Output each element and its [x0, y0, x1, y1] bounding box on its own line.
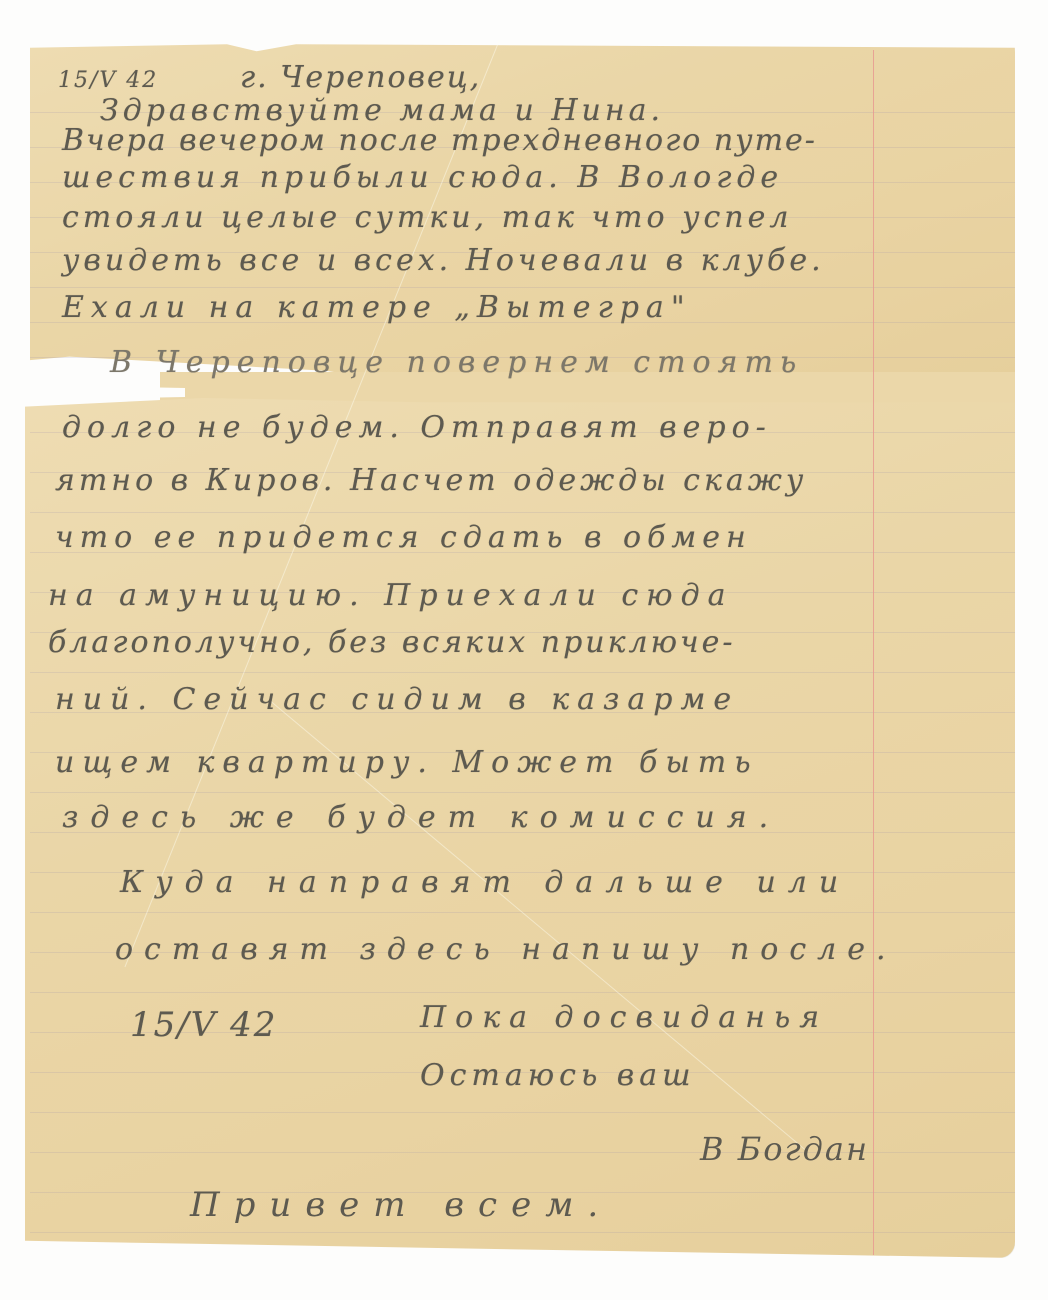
- ruled-line: [30, 1112, 1015, 1113]
- body-line: что ее придется сдать в обмен: [55, 520, 752, 555]
- closing-farewell: Пока досвиданья: [420, 1000, 828, 1035]
- ruled-line: [30, 512, 1015, 513]
- ruled-line: [30, 792, 1015, 793]
- body-line: стояли целые сутки, так что успел: [62, 200, 792, 235]
- ruled-line: [30, 1232, 1015, 1233]
- body-line: В Череповце повернем стоять: [110, 345, 803, 380]
- signature: В Богдан: [700, 1130, 869, 1168]
- body-line: здесь же будет комиссия.: [62, 800, 780, 835]
- header-place: г. Череповец,: [240, 60, 481, 95]
- body-line: долго не будем. Отправят веро-: [62, 410, 772, 445]
- body-line: Вчера вечером после трехдневного путе-: [62, 123, 817, 158]
- red-margin-line: [873, 50, 874, 1255]
- closing-remain: Остаюсь ваш: [420, 1058, 696, 1093]
- body-line: благополучно, без всяких приключе-: [48, 625, 736, 660]
- body-line: Куда направят дальше или: [120, 865, 850, 900]
- postscript: Привет всем.: [190, 1185, 612, 1225]
- closing-date: 15/V 42: [130, 1005, 277, 1045]
- body-line: увидеть все и всех. Ночевали в клубе.: [62, 243, 825, 278]
- body-line: Ехали на катере „Вытегра": [62, 290, 692, 325]
- ruled-line: [30, 992, 1015, 993]
- body-line: на амуницию. Приехали сюда: [48, 578, 733, 613]
- body-line: шествия прибыли сюда. В Вологде: [62, 160, 783, 195]
- body-line: ний. Сейчас сидим в казарме: [55, 682, 739, 717]
- body-line: ятно в Киров. Насчет одежды скажу: [55, 463, 807, 498]
- letter-scan: 15/V 42 г. Череповец, Здравствуйте мама …: [0, 0, 1048, 1300]
- body-line: ищем квартиру. Может быть: [55, 745, 759, 780]
- body-line: оставят здесь напишу после.: [115, 932, 897, 967]
- header-date: 15/V 42: [58, 68, 158, 93]
- ruled-line: [30, 287, 1015, 288]
- ruled-line: [30, 672, 1015, 673]
